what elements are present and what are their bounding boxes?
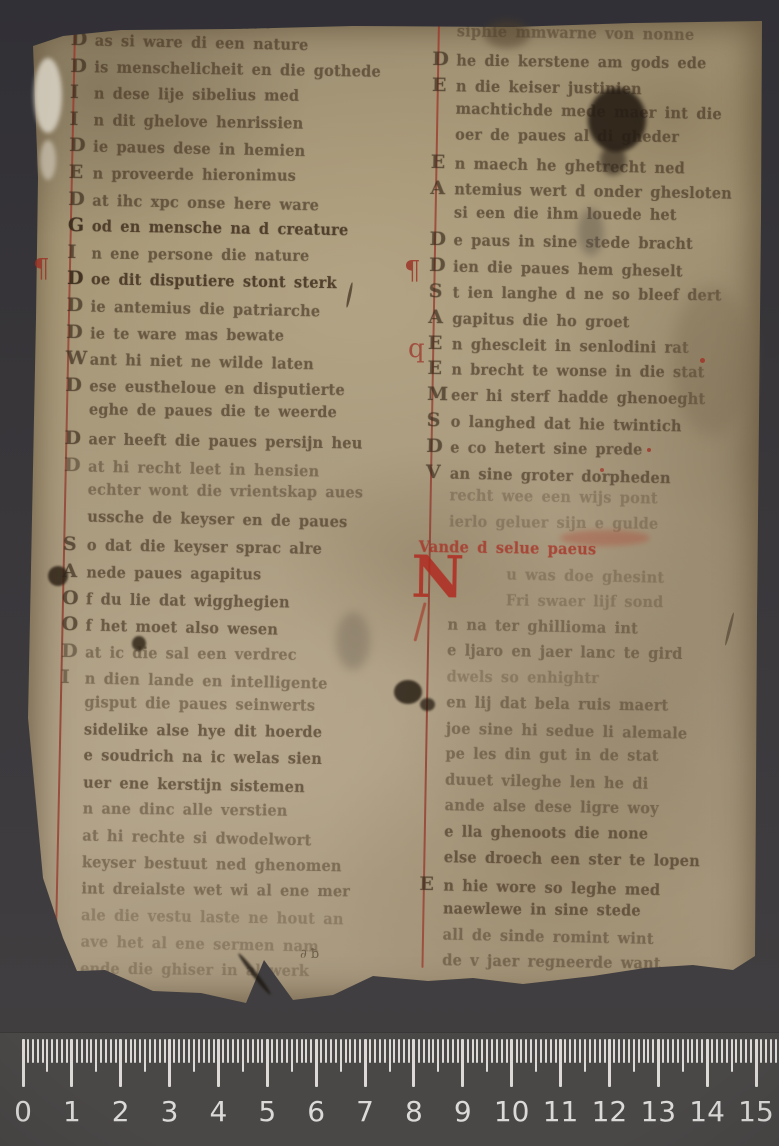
line-text: ien die paues hem gheselt	[453, 257, 683, 281]
text-column-right: N siphie mmwarne von nonneDhe die kerste…	[418, 20, 763, 980]
ruler-tick-mm	[555, 1039, 557, 1063]
line-text: n ghescleit in senlodini rat	[452, 335, 689, 357]
ruler-tick-mm	[564, 1039, 566, 1063]
line-initial: D	[68, 188, 92, 210]
ruler-number: 12	[587, 1095, 631, 1128]
ruler-tick-mm	[716, 1039, 718, 1063]
line-text: ie antemius die patriarche	[90, 297, 320, 321]
line-text: gapitus die ho groet	[452, 309, 630, 331]
text-line: ande alse dese ligre woy	[421, 796, 666, 818]
line-text: he die kerstene am gods ede	[456, 51, 706, 72]
ruler-tick-cm	[559, 1039, 562, 1087]
ink-spot-right-1	[394, 680, 422, 704]
line-initial: I	[61, 666, 85, 688]
ruler-tick-mm	[491, 1039, 493, 1063]
text-line: Dien die paues hem gheselt	[429, 254, 690, 280]
ruler-tick-mm	[403, 1039, 405, 1063]
ruler-tick-mm	[501, 1039, 503, 1063]
ruler-tick-mm	[476, 1039, 478, 1063]
ruler-tick-mm	[32, 1039, 34, 1063]
ruler-tick-mm	[628, 1039, 630, 1063]
ruler-tick-cm	[315, 1039, 318, 1087]
smudge-gray	[578, 208, 604, 256]
line-text: duuet vileghe len he di	[445, 770, 649, 793]
ruler-tick-mm	[647, 1039, 649, 1063]
ruler-tick-mm	[100, 1039, 102, 1063]
ruler-tick-mm	[203, 1039, 205, 1063]
ruler-tick-mm	[516, 1039, 518, 1063]
rubric-faded-red	[560, 530, 650, 546]
ruler-tick-mm	[90, 1039, 92, 1063]
ruler-tick-mm	[349, 1039, 351, 1063]
ruler-tick-mm	[418, 1039, 420, 1063]
ruler-tick-mm	[208, 1039, 210, 1063]
text-line: Of het moet also wesen	[61, 613, 284, 638]
ruler-tick-mm	[130, 1039, 132, 1063]
ruler-tick-mm	[765, 1039, 767, 1063]
ruler-tick-mm	[134, 1039, 136, 1063]
text-line: recht wee een wijs pont	[425, 486, 664, 508]
ruler-tick-mm	[667, 1039, 669, 1063]
text-line: si een die ihm louede het	[430, 203, 686, 225]
text-line: u was doe ghesint	[424, 564, 669, 586]
ruler-tick-mm	[691, 1039, 693, 1063]
ruler-tick-mm	[330, 1039, 332, 1063]
line-text: all de sinde romint wint	[442, 925, 653, 948]
text-line: Dis menschelicheit en die gothede	[70, 55, 390, 82]
ruler-tick-half-cm	[633, 1039, 635, 1072]
ruler-tick-mm	[257, 1039, 259, 1063]
line-text: de v jaer regneerde want	[442, 951, 661, 973]
line-text: uer ene kerstijn sistemen	[83, 773, 305, 796]
line-initial: M	[427, 383, 451, 405]
ruler-tick-half-cm	[95, 1039, 97, 1072]
text-line: at hi rechte si dwodelwort	[58, 826, 319, 848]
ruler-tick-mm	[618, 1039, 620, 1063]
ruler-tick-mm	[320, 1039, 322, 1063]
line-text: keyser bestuut ned ghenomen	[82, 853, 342, 876]
ruler-tick-mm	[452, 1039, 454, 1063]
ruler-tick-cm	[461, 1039, 464, 1087]
text-line: Van sine groter dorpheden	[426, 461, 678, 487]
text-line: e ljaro en jaer lanc te gird	[423, 641, 690, 663]
ruler-number: 15	[734, 1095, 778, 1128]
text-line: n ane dinc alle verstien	[59, 799, 297, 821]
line-text: an sine groter dorpheden	[450, 464, 671, 487]
ruler-tick-mm	[310, 1039, 312, 1063]
ruler-tick-mm	[369, 1039, 371, 1063]
text-line: de v jaer regneerde want	[418, 951, 668, 973]
ruler-tick-mm	[696, 1039, 698, 1063]
text-line: joe sine hi sedue li alemale	[422, 719, 695, 741]
ruler-tick-mm	[530, 1039, 532, 1063]
ruler-tick-mm	[325, 1039, 327, 1063]
ruler-tick-mm	[735, 1039, 737, 1063]
text-line: Agapitus die ho groet	[428, 306, 635, 331]
text-line: Dhe die kerstene am gods ede	[432, 48, 717, 74]
line-text: gisput die paues seinwerts	[84, 693, 315, 715]
ruler-tick-mm	[296, 1039, 298, 1063]
text-line: gisput die paues seinwerts	[60, 693, 322, 715]
line-text: n na ter ghillioma int	[447, 615, 638, 638]
ruler-tick-mm	[232, 1039, 234, 1063]
line-text: ese eustheloue en disputierte	[89, 377, 345, 400]
line-initial: E	[69, 161, 93, 183]
text-line: Die te ware mas bewate	[66, 321, 292, 347]
red-paragraph-mark-right-1: ¶	[404, 258, 421, 284]
ruler-number: 6	[294, 1095, 338, 1128]
line-initial: D	[66, 321, 90, 343]
ruler-tick-mm	[589, 1039, 591, 1063]
line-text: en lij dat bela ruis maert	[446, 693, 668, 715]
line-text: o langhed dat hie twintich	[451, 412, 682, 436]
text-line: ave het al ene sermen nam	[57, 932, 327, 954]
ruler-tick-mm	[271, 1039, 273, 1063]
line-text: eer hi sterf hadde ghenoeght	[451, 386, 706, 409]
ruler-tick-mm	[599, 1039, 601, 1063]
line-initial: D	[61, 640, 85, 662]
ruler-tick-mm	[51, 1039, 53, 1063]
text-line: God en mensche na d creature	[68, 214, 357, 241]
text-line: keyser bestuut ned ghenomen	[58, 852, 350, 875]
line-text: at ic die sal een verdrec	[85, 643, 297, 664]
line-initial: D	[67, 267, 91, 289]
line-text: else droech een ster te lopen	[444, 848, 700, 871]
line-text: n maech he ghetrecht ned	[455, 154, 686, 178]
ruler-number: 2	[99, 1095, 143, 1128]
ruler-tick-mm	[447, 1039, 449, 1063]
text-line: en lij dat bela ruis maert	[422, 693, 675, 715]
text-line: Fri swaer lijf sond	[424, 590, 670, 612]
ruler-tick-mm	[37, 1039, 39, 1063]
text-line: naewlewe in sine stede	[419, 899, 649, 921]
text-line: Dat ic die sal een verdrec	[61, 640, 306, 666]
ruler-tick-mm	[125, 1039, 127, 1063]
line-text: Fri swaer lijf sond	[506, 591, 664, 611]
measurement-ruler: 0123456789101112131415	[0, 1032, 779, 1146]
ruler-number: 8	[392, 1095, 436, 1128]
ruler-tick-mm	[213, 1039, 215, 1063]
ruler-tick-half-cm	[389, 1039, 391, 1072]
line-text: ende die ghiser in al werk	[80, 959, 309, 980]
text-line: Of du lie dat wigghegien	[62, 587, 296, 613]
ruler-tick-mm	[164, 1039, 166, 1063]
text-line: In ene persone die nature	[67, 241, 318, 267]
line-text: n dien lande en intelligente	[85, 669, 328, 693]
line-text: sidelike alse hye dit hoerde	[84, 720, 322, 741]
text-line: duuet vileghe len he di	[421, 770, 655, 792]
ruler-tick-mm	[432, 1039, 434, 1063]
ruler-tick-mm	[61, 1039, 63, 1063]
ruler-tick-mm	[677, 1039, 679, 1063]
text-line: De paus in sine stede bracht	[429, 228, 700, 254]
text-line: Doe dit disputiere stont sterk	[67, 267, 345, 293]
line-initial: E	[427, 357, 451, 379]
line-text: oe dit disputiere stont sterk	[91, 270, 337, 293]
line-text: pe les din gut in de stat	[445, 744, 658, 765]
line-initial: D	[64, 454, 88, 476]
ruler-tick-half-cm	[584, 1039, 586, 1072]
ruler-tick-mm	[496, 1039, 498, 1063]
line-initial: W	[66, 347, 90, 369]
ruler-tick-mm	[56, 1039, 58, 1063]
ruler-tick-mm	[687, 1039, 689, 1063]
line-text: e lla ghenoots die none	[444, 822, 648, 843]
ruler-tick-cm	[217, 1039, 220, 1087]
ruler-tick-mm	[183, 1039, 185, 1063]
line-text: ierlo geluer sijn e gulde	[449, 512, 658, 533]
line-initial: D	[426, 435, 450, 457]
bottom-pen-trials: ∂ ƀ	[300, 948, 319, 961]
ruler-tick-cm	[657, 1039, 660, 1087]
line-text: eghe de paues die te weerde	[89, 400, 337, 421]
line-initial: D	[429, 228, 453, 250]
text-line: En ghescleit in senlodini rat	[428, 332, 697, 358]
ruler-tick-mm	[188, 1039, 190, 1063]
ruler-tick-mm	[115, 1039, 117, 1063]
text-line: Antemius wert d onder ghesloten	[430, 177, 741, 204]
text-line: uer ene kerstijn sistemen	[59, 773, 312, 795]
text-line: En proveerde hieronimus	[69, 161, 305, 187]
ruler-tick-mm	[408, 1039, 410, 1063]
line-initial: E	[432, 74, 456, 96]
ruler-tick-mm	[42, 1039, 44, 1063]
line-initial: A	[430, 177, 454, 199]
ruler-tick-mm	[261, 1039, 263, 1063]
red-dot-1	[700, 358, 705, 363]
text-column-left: Das si ware di een natureDis menschelich…	[56, 28, 401, 993]
line-initial: D	[429, 254, 453, 276]
ruler-tick-mm	[345, 1039, 347, 1063]
ruler-number: 5	[245, 1095, 289, 1128]
text-line: ende die ghiser in al werk	[56, 959, 319, 981]
text-line: e lla ghenoots die none	[420, 822, 657, 844]
line-text: e co hetert sine prede	[450, 438, 642, 459]
ruler-tick-half-cm	[242, 1039, 244, 1072]
text-line: In dien lande en intelligente	[61, 666, 336, 692]
ruler-tick-mm	[222, 1039, 224, 1063]
ruler-tick-mm	[354, 1039, 356, 1063]
line-text: n dit ghelove henrissien	[93, 111, 303, 133]
smudge-center	[336, 612, 370, 670]
ruler-tick-mm	[398, 1039, 400, 1063]
ruler-tick-cm	[22, 1039, 25, 1087]
ruler-tick-cm	[364, 1039, 367, 1087]
ruler-tick-mm	[745, 1039, 747, 1063]
ruler-number: 7	[343, 1095, 387, 1128]
ruler-tick-mm	[374, 1039, 376, 1063]
line-initial: V	[426, 461, 450, 483]
line-initial: S	[63, 533, 87, 555]
ruler-tick-cm	[70, 1039, 73, 1087]
ruler-tick-cm	[608, 1039, 611, 1087]
line-initial: E	[431, 151, 455, 173]
ruler-tick-mm	[740, 1039, 742, 1063]
line-initial: E	[428, 332, 452, 354]
line-text: f du lie dat wigghegien	[86, 590, 290, 612]
text-line: echter wont die vrientskap aues	[64, 480, 375, 503]
text-line: In dese lije sibelius med	[70, 81, 308, 107]
line-text: joe sine hi sedue li alemale	[446, 719, 688, 743]
ruler-tick-mm	[579, 1039, 581, 1063]
line-text: ande alse dese ligre woy	[445, 796, 659, 818]
ruler-tick-mm	[335, 1039, 337, 1063]
ruler-tick-half-cm	[437, 1039, 439, 1072]
ruler-tick-mm	[301, 1039, 303, 1063]
line-text: is menschelicheit en die gothede	[94, 58, 381, 81]
line-text: ussche de keyser en de paues	[87, 507, 348, 531]
red-dot-3	[600, 468, 604, 472]
text-line: Dat hi recht leet in hensien	[64, 454, 327, 480]
text-line: So dat die keyser sprac alre	[63, 533, 330, 559]
ruler-tick-mm	[393, 1039, 395, 1063]
ink-blot-tail	[600, 145, 626, 175]
line-initial: D	[71, 28, 95, 50]
text-line: eghe de paues die te weerde	[65, 400, 348, 422]
line-text: naewlewe in sine stede	[443, 899, 641, 920]
ruler-tick-mm	[379, 1039, 381, 1063]
ruler-tick-mm	[173, 1039, 175, 1063]
line-initial: O	[61, 613, 85, 635]
line-text: e ljaro en jaer lanc te gird	[447, 641, 683, 663]
ruler-tick-mm	[775, 1039, 777, 1063]
ruler-tick-mm	[281, 1039, 283, 1063]
ruler-number: 0	[1, 1095, 45, 1128]
ruler-tick-mm	[66, 1039, 68, 1063]
line-text: oer de paues al di gheder	[455, 125, 679, 146]
text-line: int dreialste wet wi al ene mer	[57, 879, 361, 902]
ruler-tick-mm	[86, 1039, 88, 1063]
line-text: at hi recht leet in hensien	[88, 457, 320, 481]
text-line: De co hetert sine prede	[426, 435, 651, 461]
ruler-number: 10	[490, 1095, 534, 1128]
text-line: Die antemius die patriarche	[66, 294, 327, 320]
text-line: machtichde mede maer int die	[431, 99, 730, 122]
ruler-tick-mm	[520, 1039, 522, 1063]
red-paragraph-mark-left: ¶	[33, 256, 50, 282]
line-initial: D	[70, 55, 94, 77]
text-line: Dat ihc xpc onse here ware	[68, 188, 326, 214]
text-line: Want hi niet ne wilde laten	[66, 347, 321, 373]
manuscript-page: · 2062 04256 6 · Das si ware di een natu…	[26, 18, 762, 1008]
ruler-number: 11	[539, 1095, 583, 1128]
line-initial: I	[67, 241, 91, 263]
ruler-tick-mm	[481, 1039, 483, 1063]
text-line: In dit ghelove henrissien	[69, 108, 310, 134]
ruler-tick-mm	[760, 1039, 762, 1063]
stain-right-edge	[672, 286, 752, 436]
ruler-tick-mm	[550, 1039, 552, 1063]
ruler-tick-mm	[643, 1039, 645, 1063]
ruler-tick-mm	[305, 1039, 307, 1063]
line-text: o dat die keyser sprac alre	[87, 536, 322, 558]
line-initial: D	[64, 427, 88, 449]
ruler-tick-cm	[168, 1039, 171, 1087]
ruler-tick-mm	[247, 1039, 249, 1063]
ruler-tick-half-cm	[535, 1039, 537, 1072]
ink-spot-left-margin	[48, 566, 68, 586]
ruler-tick-mm	[721, 1039, 723, 1063]
line-initial: S	[429, 280, 453, 302]
line-text: echter wont die vrientskap aues	[88, 480, 364, 502]
text-line: En maech he ghetrecht ned	[431, 151, 693, 177]
line-text: recht wee een wijs pont	[449, 486, 658, 508]
ruler-tick-mm	[154, 1039, 156, 1063]
ruler-tick-mm	[178, 1039, 180, 1063]
text-line: sidelike alse hye dit hoerde	[60, 720, 332, 742]
line-text: nede paues agapitus	[86, 563, 261, 583]
line-text: e paus in sine stede bracht	[453, 231, 693, 253]
red-paragraph-mark-right-2: q	[408, 336, 425, 362]
text-line: e soudrich na ic welas sien	[59, 746, 329, 768]
line-initial: I	[70, 81, 94, 103]
ruler-tick-cm	[412, 1039, 415, 1087]
line-text: int dreialste wet wi al ene mer	[81, 879, 350, 901]
line-text: u was doe ghesint	[506, 565, 664, 587]
text-line: ussche de keyser en de paues	[63, 507, 355, 530]
ruler-tick-mm	[613, 1039, 615, 1063]
ruler-tick-mm	[701, 1039, 703, 1063]
ruler-tick-cm	[510, 1039, 513, 1087]
ruler-tick-mm	[467, 1039, 469, 1063]
line-initial: S	[427, 409, 451, 431]
photo-background: · 2062 04256 6 · Das si ware di een natu…	[0, 0, 779, 1146]
ruler-tick-mm	[276, 1039, 278, 1063]
text-line: all de sinde romint wint	[419, 925, 661, 947]
line-text: od en mensche na d creature	[92, 217, 349, 240]
line-text: at hi rechte si dwodelwort	[82, 826, 312, 850]
text-line: Die paues dese in hemien	[69, 134, 312, 160]
ruler-tick-mm	[81, 1039, 83, 1063]
ink-spot-left-col	[132, 636, 146, 651]
line-text: n proveerde hieronimus	[93, 164, 296, 185]
ruler-number: 3	[148, 1095, 192, 1128]
ruler-tick-mm	[237, 1039, 239, 1063]
ruler-tick-cm	[119, 1039, 122, 1087]
line-text: n brecht te wonse in die stat	[451, 360, 704, 381]
text-line: Daer heeft die paues persijn heu	[64, 427, 371, 454]
ruler-tick-mm	[638, 1039, 640, 1063]
line-initial: E	[419, 873, 443, 895]
line-text: e soudrich na ic welas sien	[83, 746, 322, 768]
ruler-tick-mm	[252, 1039, 254, 1063]
line-text: ant hi niet ne wilde laten	[90, 350, 315, 373]
ruler-tick-half-cm	[291, 1039, 293, 1072]
ruler-tick-half-cm	[193, 1039, 195, 1072]
text-line: Das si ware di een nature	[71, 28, 316, 54]
text-line: dwels so enhightr	[423, 667, 606, 688]
line-text: at ihc xpc onse here ware	[92, 191, 319, 215]
abrasion-white-patch-2	[40, 140, 56, 180]
ruler-tick-mm	[457, 1039, 459, 1063]
ruler-tick-mm	[726, 1039, 728, 1063]
ruler-tick-mm	[359, 1039, 361, 1063]
ink-spot-right-2	[420, 698, 435, 711]
ruler-tick-mm	[770, 1039, 772, 1063]
ruler-number: 13	[636, 1095, 680, 1128]
line-initial: D	[66, 294, 90, 316]
ruler-tick-mm	[139, 1039, 141, 1063]
line-initial: D	[432, 48, 456, 70]
text-line: pe les din gut in de stat	[421, 744, 667, 766]
ruler-tick-mm	[672, 1039, 674, 1063]
ruler-tick-half-cm	[731, 1039, 733, 1072]
ruler-tick-mm	[506, 1039, 508, 1063]
ruler-tick-mm	[110, 1039, 112, 1063]
line-text: aer heeft die paues persijn heu	[88, 430, 362, 453]
ruler-tick-mm	[472, 1039, 474, 1063]
ruler-tick-cm	[266, 1039, 269, 1087]
